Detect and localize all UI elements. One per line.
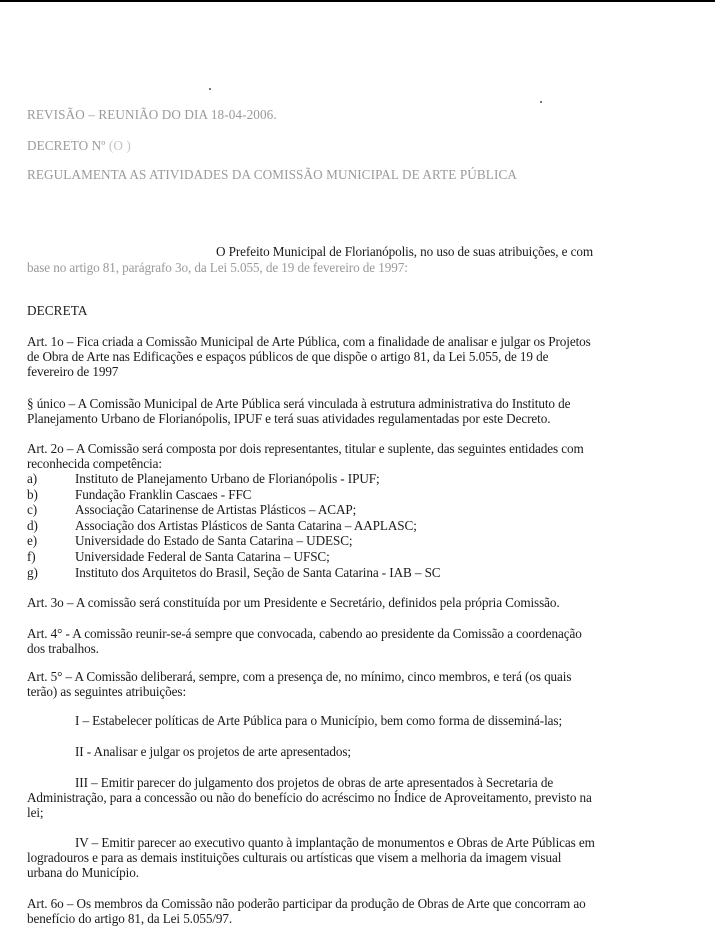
article-2-line: reconhecida competência: [27,456,162,471]
inciso-iv-line: IV – Emitir parecer ao executivo quanto … [75,835,595,850]
article-1-line: fevereiro de 1997 [27,364,118,379]
scan-top-border [0,0,715,2]
article-6-line: Art. 6o – Os membros da Comissão não pod… [27,896,586,911]
decree-number-line: DECRETO Nº (O ) [27,138,131,153]
revision-line: REVISÃO – REUNIÃO DO DIA 18-04-2006. [27,107,277,122]
inciso-iii-line: Administração, para a concessão ou não d… [27,790,592,805]
preamble-line-1: O Prefeito Municipal de Florianópolis, n… [216,244,593,259]
entity-item-text: Universidade do Estado de Santa Catarina… [75,533,352,548]
entity-item-text: Associação dos Artistas Plásticos de San… [75,518,417,533]
entity-item-letter: f) [27,549,36,564]
entity-item-letter: b) [27,487,38,502]
inciso-iii-line: III – Emitir parecer do julgamento dos p… [75,775,553,790]
entity-item-text: Fundação Franklin Cascaes - FFC [75,487,251,502]
paragrafo-unico-line: § único – A Comissão Municipal de Arte P… [27,396,570,411]
scan-speck [209,88,211,90]
entity-item-letter: a) [27,471,37,486]
decree-prefix: DECRETO Nº [27,138,105,153]
entity-item-letter: e) [27,533,37,548]
entity-item-letter: c) [27,502,37,517]
article-5-line: terão) as seguintes atribuições: [27,684,186,699]
entity-item-text: Associação Catarinense de Artistas Plást… [75,502,356,517]
preamble-line-2: base no artigo 81, parágrafo 3o, da Lei … [27,260,408,275]
article-2-line: Art. 2o – A Comissão será composta por d… [27,441,584,456]
inciso-ii: II - Analisar e julgar os projetos de ar… [75,744,351,759]
inciso-iv-line: logradouros e para as demais instituiçõe… [27,850,561,865]
decreta-heading: DECRETA [27,303,87,318]
decree-subject: REGULAMENTA AS ATIVIDADES DA COMISSÃO MU… [27,167,517,182]
scan-speck [540,101,542,103]
decree-number-illegible: (O ) [109,138,131,153]
article-1-line: Art. 1o – Fica criada a Comissão Municip… [27,334,591,349]
article-4-line: Art. 4° - A comissão reunir-se-á sempre … [27,626,582,641]
entity-item-text: Instituto de Planejamento Urbano de Flor… [75,471,380,486]
article-6-line: benefício do artigo 81, da Lei 5.055/97. [27,911,232,926]
entity-item-text: Instituto dos Arquitetos do Brasil, Seçã… [75,565,441,580]
article-5-line: Art. 5° – A Comissão deliberará, sempre,… [27,669,571,684]
entity-item-letter: d) [27,518,38,533]
article-3: Art. 3o – A comissão será constituída po… [27,595,560,610]
inciso-iii-line: lei; [27,805,43,820]
article-1-line: de Obra de Arte nas Edificações e espaço… [27,349,548,364]
entity-item-letter: g) [27,565,38,580]
inciso-i: I – Estabelecer políticas de Arte Públic… [75,713,562,728]
entity-item-text: Universidade Federal de Santa Catarina –… [75,549,330,564]
inciso-iv-line: urbana do Município. [27,865,139,880]
article-4-line: dos trabalhos. [27,641,99,656]
paragrafo-unico-line: Planejamento Urbano de Florianópolis, IP… [27,411,550,426]
